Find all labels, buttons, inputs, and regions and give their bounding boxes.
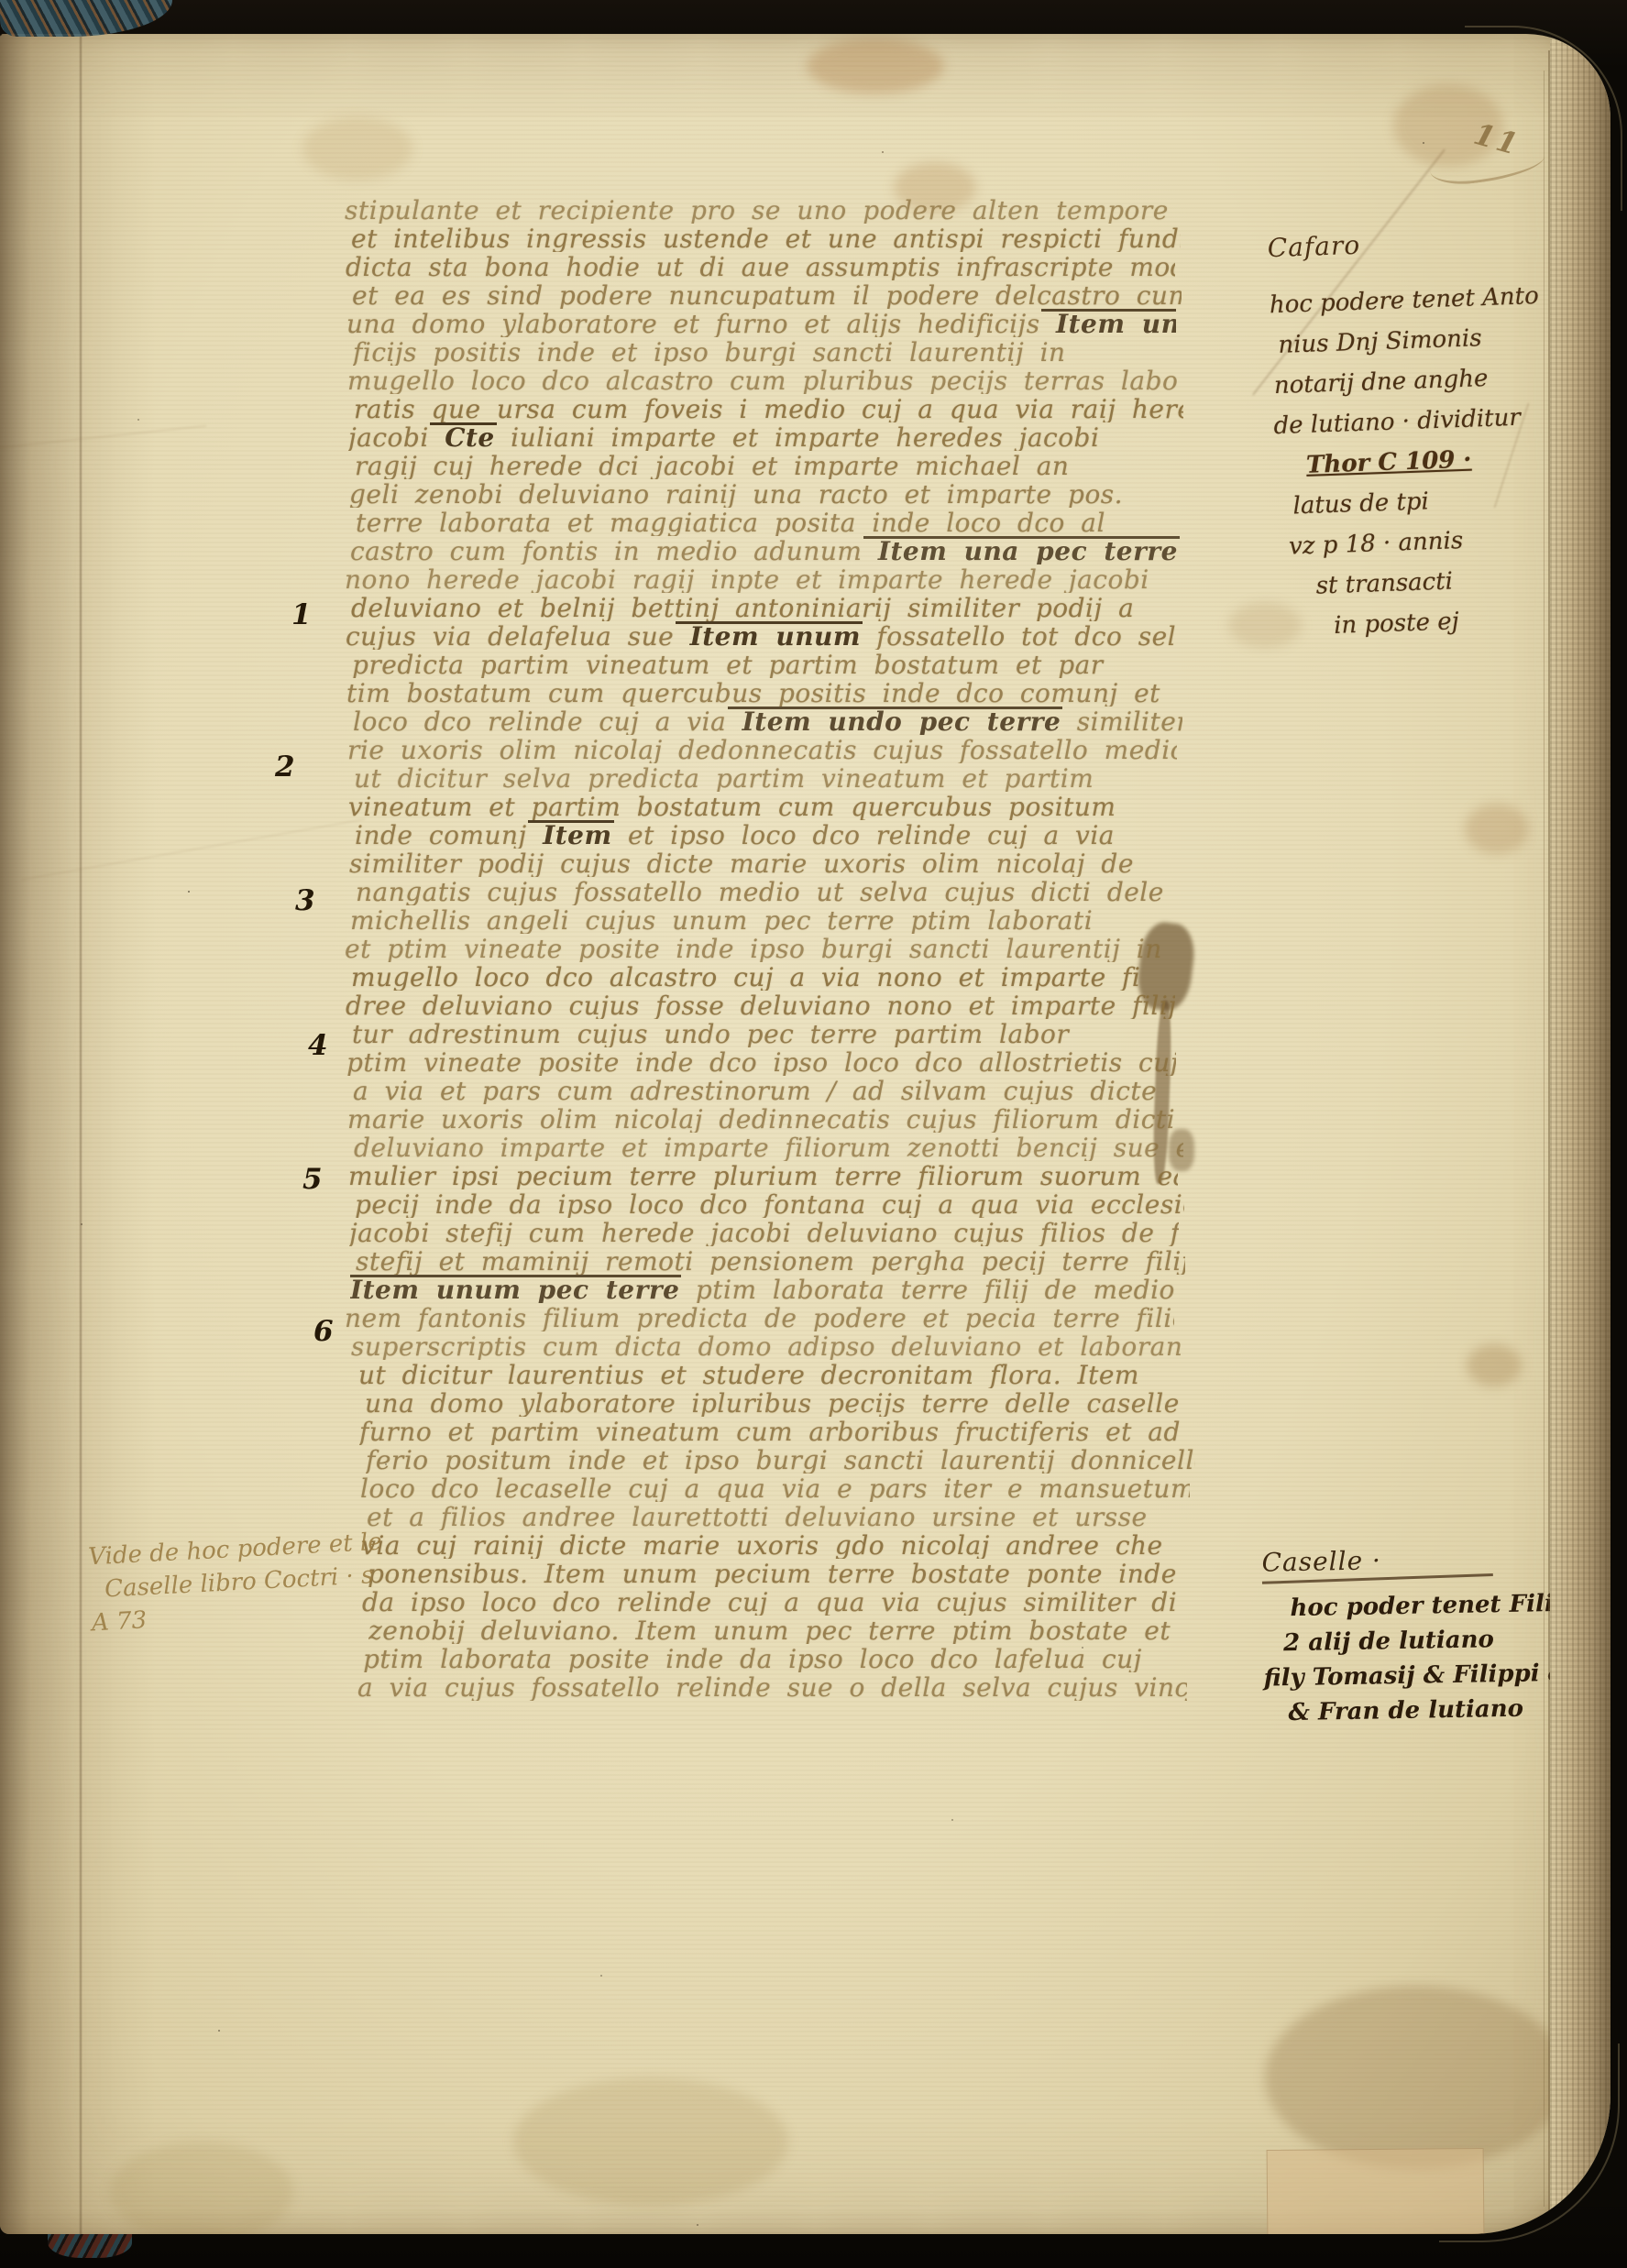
stain xyxy=(110,2142,293,2234)
paragraph-mark: Item xyxy=(543,820,611,849)
manuscript-text-line: dicta sta bona hodie ut di aue assumptis… xyxy=(346,252,1175,280)
margin-item-number: 5 xyxy=(302,1163,323,1196)
manuscript-text-line: nono herede jacobi ragij inpte et impart… xyxy=(345,564,1174,593)
gutter-crease xyxy=(79,34,82,2234)
manuscript-text-line: pecij inde da ipso loco dco fontana cuj … xyxy=(355,1189,1184,1218)
manuscript-text-line: nem fantonis filium predicta de podere e… xyxy=(345,1303,1174,1331)
margin-note-lines: hoc podere tenet Antonius Dnj Simonisnot… xyxy=(1269,276,1551,648)
paragraph-mark: Item unum xyxy=(690,621,861,650)
manuscript-text-line: furno et partim vineatum cum arboribus f… xyxy=(359,1417,1189,1445)
manuscript-text-line: ratis que ursa cum foveis i medio cuj a … xyxy=(354,394,1183,422)
stain xyxy=(1465,804,1529,854)
paragraph-mark: Item unum pec terre xyxy=(350,1275,679,1303)
manuscript-text-line: ut dicitur laurentius et studere decroni… xyxy=(358,1360,1188,1388)
stain xyxy=(1265,1986,1567,2169)
manuscript-text-line: nangatis cujus fossatello medio ut selva… xyxy=(356,877,1185,905)
gutter-shadow xyxy=(0,34,156,2234)
stain xyxy=(1467,1344,1522,1386)
manuscript-text-line: et ea es sind podere nuncupatum il poder… xyxy=(352,280,1182,309)
manuscript-text-line: mugello loco dco alcastro cuj a via nono… xyxy=(351,962,1181,991)
endband-icon xyxy=(0,0,172,37)
manuscript-text-line: ptim vineate posite inde dco ipso loco d… xyxy=(346,1047,1176,1076)
main-text-block: stipulante et recipiente pro se uno pode… xyxy=(345,195,1174,1701)
manuscript-page: 11 stipulante et recipiente pro se uno p… xyxy=(0,34,1611,2234)
manuscript-text-line: deluviano imparte et imparte filiorum ze… xyxy=(354,1133,1183,1161)
manuscript-text-line: geli zenobi deluviano rainij una racto e… xyxy=(349,479,1179,508)
manuscript-text-line: terre laborata et maggiatica posita inde… xyxy=(356,508,1185,536)
fore-edge-pages xyxy=(1550,34,1611,2234)
paragraph-mark: Cte xyxy=(445,422,495,451)
margin-item-number: 3 xyxy=(295,884,315,917)
repair-patch xyxy=(1267,2148,1485,2234)
manuscript-text-line: vineatum et partim bostatum cum quercubu… xyxy=(348,792,1178,820)
margin-note-line: in poste ej xyxy=(1333,598,1550,646)
paragraph-mark: Item una pos. xyxy=(1056,309,1176,337)
manuscript-text-line: jacobi Cte iuliani imparte et imparte he… xyxy=(348,422,1178,451)
manuscript-text-line: una domo ylaboratore et furno et alijs h… xyxy=(346,309,1176,337)
manuscript-text-line: rie uxoris olim nicolaj dedonnecatis cuj… xyxy=(347,735,1177,763)
margin-item-number: 1 xyxy=(291,598,312,631)
paragraph-mark: Item undo pec terre xyxy=(742,707,1061,735)
manuscript-text-line: mugello loco dco alcastro cum pluribus p… xyxy=(347,366,1177,394)
page-edge-line xyxy=(1544,71,1545,2207)
manuscript-text-line: ficijs positis inde et ipso burgi sancti… xyxy=(353,337,1182,366)
manuscript-text-line: via cuj rainij dicte marie uxoris gdo ni… xyxy=(361,1530,1191,1559)
manuscript-text-line: superscriptis cum dicta domo adipso delu… xyxy=(351,1331,1181,1360)
stain xyxy=(302,116,412,181)
manuscript-text-line: marie uxoris olim nicolaj dedinnecatis c… xyxy=(347,1104,1177,1133)
manuscript-text-line: ponensibus. Item unum pecium terre bosta… xyxy=(368,1559,1197,1587)
margin-item-number: 6 xyxy=(313,1315,334,1348)
manuscript-text-line: a via cujus fossatello relinde sue o del… xyxy=(357,1672,1187,1701)
manuscript-photo: 11 stipulante et recipiente pro se uno p… xyxy=(0,0,1627,2268)
stain xyxy=(513,2077,788,2206)
manuscript-text-line: Item unum pec terre ptim laborata terre … xyxy=(350,1275,1180,1303)
manuscript-text-line: ut dicitur selva predicta partim vineatu… xyxy=(354,763,1183,792)
manuscript-text-line: loco dco relinde cuj a via Item undo pec… xyxy=(353,707,1182,735)
manuscript-text-line: michellis angeli cujus unum pec terre pt… xyxy=(350,905,1180,934)
manuscript-text-line: cujus via delafelua sue Item unum fossat… xyxy=(346,621,1175,650)
margin-item-number: 2 xyxy=(275,751,295,783)
manuscript-text-line: inde comunj Item et ipso loco dco relind… xyxy=(355,820,1184,849)
manuscript-text-line: a via et pars cum adrestinorum / ad silv… xyxy=(353,1076,1182,1104)
manuscript-text-line: deluviano et belnij bettinj antoniniarij… xyxy=(351,593,1181,621)
manuscript-text-line: ptim laborata posite inde da ipso loco d… xyxy=(363,1644,1193,1672)
margin-note-cafaro: Cafaro hoc podere tenet Antonius Dnj Sim… xyxy=(1267,224,1551,648)
manuscript-text-line: predicta partim vineatum et partim bosta… xyxy=(352,650,1182,678)
manuscript-text-line: mulier ipsi pecium terre plurium terre f… xyxy=(348,1161,1178,1189)
manuscript-text-line: tim bostatum cum quercubus positis inde … xyxy=(346,678,1176,707)
manuscript-text-line: dree deluviano cujus fosse deluviano non… xyxy=(346,991,1175,1019)
manuscript-text-line: zenobij deluviano. Item unum pec terre p… xyxy=(368,1616,1198,1644)
manuscript-text-line: da ipso loco dco relinde cuj a qua via c… xyxy=(362,1587,1192,1616)
manuscript-text-line: et ptim vineate posite inde ipso burgi s… xyxy=(345,934,1174,962)
margin-note-heading: Cafaro xyxy=(1267,224,1537,263)
manuscript-text-line: una domo ylaboratore ipluribus pecijs te… xyxy=(365,1388,1194,1417)
manuscript-text-line: tur adrestinum cujus undo pec terre part… xyxy=(352,1019,1182,1047)
manuscript-text-line: similiter podij cujus dicte marie uxoris… xyxy=(349,849,1179,877)
manuscript-text-line: ragij cuj herede dci jacobi et imparte m… xyxy=(355,451,1184,479)
manuscript-text-line: ferio positum inde et ipso burgi sancti … xyxy=(366,1445,1195,1474)
margin-item-number: 4 xyxy=(308,1029,328,1062)
manuscript-text-line: loco dco lecaselle cuj a qua via e pars … xyxy=(360,1474,1190,1502)
manuscript-text-line: jacobi stefij cum herede jacobi deluvian… xyxy=(349,1218,1179,1246)
stain xyxy=(807,38,944,93)
ink-specks xyxy=(0,34,2,36)
manuscript-text-line: stefij et maminij remoti pensionem pergh… xyxy=(356,1246,1185,1275)
manuscript-text-line: et a filios andree laurettotti deluviano… xyxy=(367,1502,1196,1530)
paragraph-mark: Item una pec terre xyxy=(878,536,1178,564)
margin-note-left: Vide de hoc podere et leCaselle libro Co… xyxy=(87,1526,386,1640)
manuscript-text-line: stipulante et recipiente pro se uno pode… xyxy=(345,195,1174,224)
manuscript-text-line: castro cum fontis in medio adunum Item u… xyxy=(350,536,1180,564)
manuscript-text-line: et intelibus ingressis ustende et une an… xyxy=(351,224,1181,252)
